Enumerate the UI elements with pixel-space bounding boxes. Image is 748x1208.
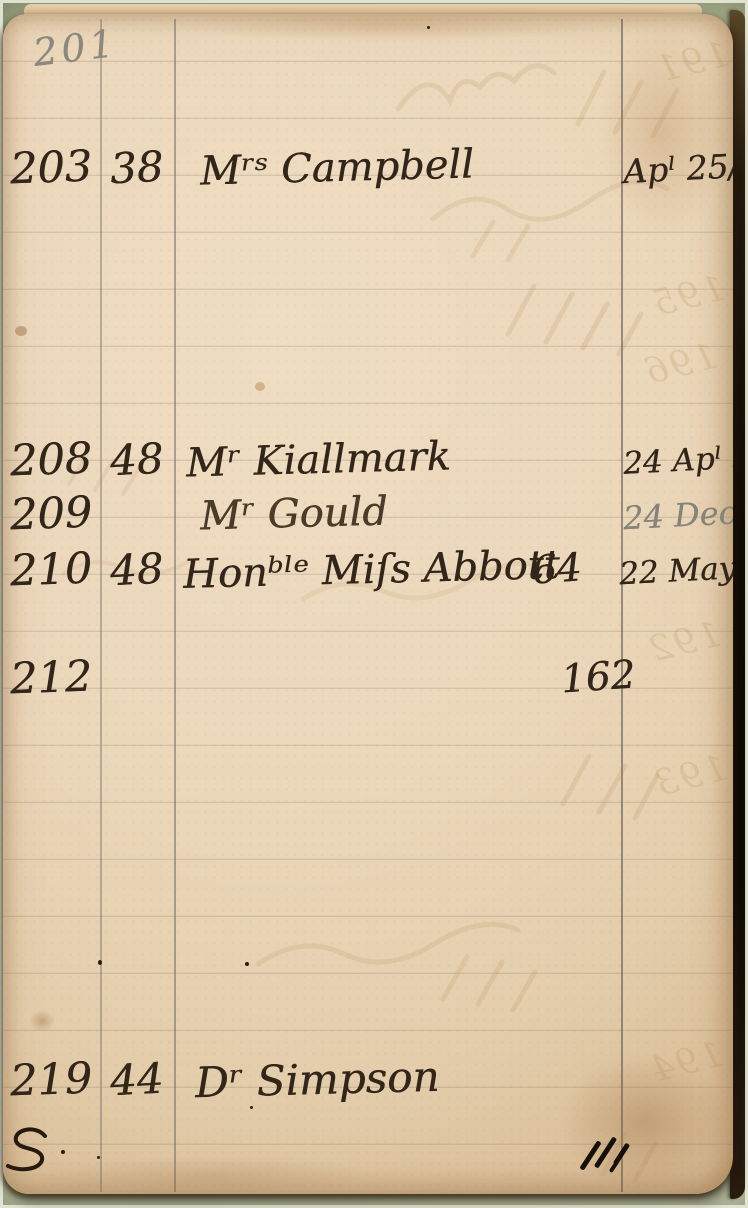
bleedthrough-number: 196 — [639, 336, 721, 394]
stain — [173, 14, 603, 42]
entry-value: 162 — [559, 645, 637, 710]
ink-tally-marks: /// — [584, 1134, 642, 1182]
bleedthrough-number: 193 — [649, 748, 731, 806]
entry-name: Mʳ Gould — [199, 482, 388, 547]
entry-value: 64 — [530, 538, 584, 601]
entry-number: 219 — [9, 1049, 93, 1112]
ledger-row: 219 44 Dʳ Simpson — [3, 1050, 733, 1112]
ledger-page: 191 195 196 192 193 194 201 203 38 Mʳˢ C… — [3, 14, 733, 1194]
stain — [255, 382, 265, 391]
entry-date: 22 May 38 — [618, 536, 733, 605]
entry-number: 209 — [9, 483, 93, 546]
entry-name: Mʳˢ Campbell — [199, 134, 474, 201]
bleedthrough-number: 195 — [647, 268, 729, 326]
ink-flourish-mark — [3, 1126, 55, 1178]
entry-col2: 44 — [108, 1049, 165, 1112]
entry-number: 212 — [9, 647, 93, 710]
scanned-ledger-photo: 191 195 196 192 193 194 201 203 38 Mʳˢ C… — [0, 0, 748, 1208]
ledger-row: 210 48 Honᵇˡᵉ Miſs Abbott 64 22 May 38 — [3, 540, 733, 602]
entry-number: 203 — [9, 137, 93, 200]
stain — [597, 28, 727, 238]
page-number-pencil: 201 — [31, 21, 120, 75]
ledger-row: 212 162 — [3, 648, 733, 710]
ledger-row: 203 38 Mʳˢ Campbell Apˡ 25/35 — [3, 138, 733, 200]
stain — [15, 326, 27, 336]
entry-number: 210 — [9, 539, 93, 602]
entry-col2: 48 — [108, 539, 165, 602]
entry-col2: 38 — [108, 137, 165, 200]
entry-name: Honᵇˡᵉ Miſs Abbott — [182, 535, 560, 605]
entry-col2: 48 — [108, 429, 165, 492]
bleedthrough-number: 191 — [651, 34, 733, 92]
entry-date: Apˡ 25/35 — [622, 134, 733, 202]
stain — [29, 1010, 55, 1032]
entry-name: Dʳ Simpson — [194, 1047, 440, 1113]
ledger-row: 209 Mʳ Gould 24 Dec 39 — [3, 484, 733, 546]
entry-date-pencil: 24 Dec 39 — [622, 480, 733, 549]
